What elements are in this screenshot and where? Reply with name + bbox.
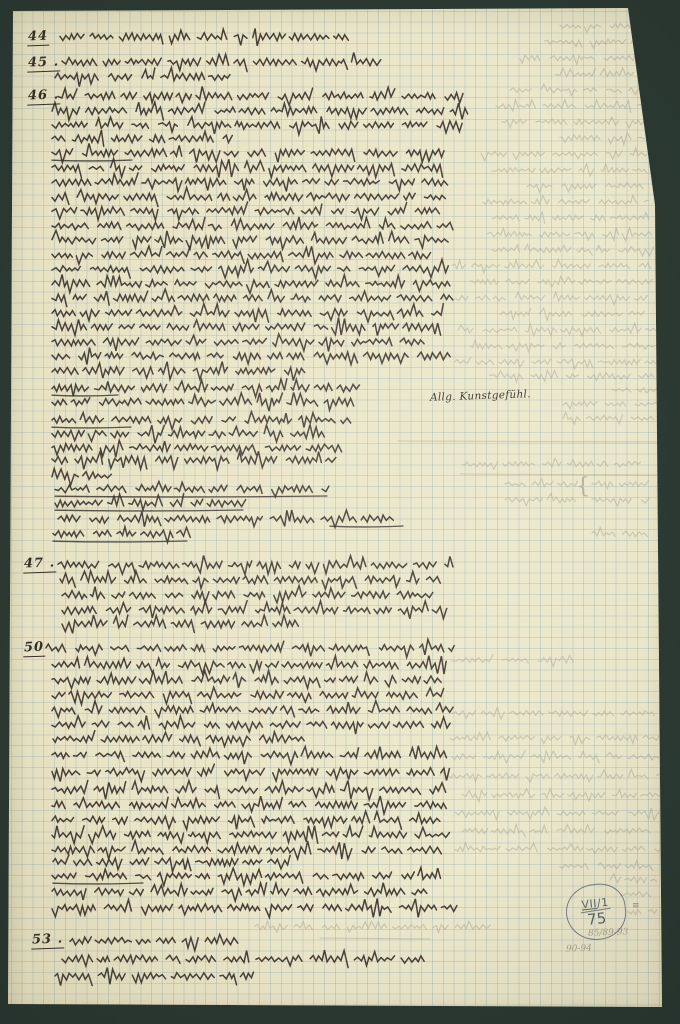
handwriting-stroke (452, 655, 574, 667)
entry-number: 46 . (27, 87, 61, 105)
handwriting-stroke (53, 541, 187, 542)
handwriting-stroke (563, 412, 654, 424)
handwriting-stroke (52, 246, 431, 264)
entry-number: 47 . (23, 555, 57, 573)
handwriting-stroke (500, 308, 644, 320)
handwriting-stroke (450, 732, 663, 745)
handwriting-stroke (520, 53, 641, 64)
handwriting-stroke (620, 892, 650, 897)
handwriting-layer (0, 0, 680, 1024)
handwriting-stroke (592, 481, 648, 489)
handwriting-stroke (52, 143, 444, 162)
handwriting-stroke (458, 323, 657, 336)
handwriting-stroke (52, 451, 336, 469)
handwriting-stroke (55, 482, 329, 497)
handwriting-stroke (52, 899, 457, 918)
handwriting-stroke (52, 289, 453, 307)
handwriting-stroke (470, 276, 652, 286)
handwriting-stroke (52, 160, 132, 161)
handwriting-stroke (62, 53, 381, 72)
handwriting-stroke (52, 275, 450, 294)
handwriting-stroke (52, 841, 441, 859)
handwriting-stroke (52, 427, 131, 428)
handwriting-stroke (492, 212, 649, 223)
handwriting-stroke (70, 934, 238, 950)
handwriting-stroke (52, 188, 445, 207)
handwriting-stroke (55, 968, 254, 986)
handwriting-stroke (320, 938, 430, 939)
handwriting-stroke (52, 868, 441, 886)
handwriting-stroke (52, 395, 118, 396)
handwriting-stroke (52, 883, 427, 901)
handwriting-stroke (53, 883, 143, 884)
handwriting-stroke (52, 217, 453, 230)
handwriting-stroke (330, 526, 403, 527)
handwriting-stroke (62, 950, 424, 968)
handwriting-stroke (52, 362, 305, 381)
handwriting-stroke (462, 825, 650, 837)
handwriting-stroke (455, 292, 647, 305)
handwriting-stroke (560, 860, 653, 870)
handwriting-stroke (52, 304, 443, 323)
handwriting-stroke (470, 340, 655, 351)
handwriting-stroke (610, 874, 657, 883)
handwriting-stroke (55, 68, 230, 87)
handwriting-stroke (52, 202, 439, 220)
document-page: 4445 .46 .47 .5053 . Allg. Kunstgefühl. … (0, 0, 680, 1024)
scan-background: 4445 .46 .47 .5053 . Allg. Kunstgefühl. … (0, 0, 680, 1024)
handwriting-stroke (52, 811, 440, 829)
handwriting-stroke (505, 479, 577, 487)
handwriting-stroke (592, 528, 648, 537)
handwriting-stroke (452, 260, 650, 273)
handwriting-stroke (58, 556, 453, 575)
entry-number: 53 . (31, 931, 65, 949)
handwriting-stroke (52, 687, 444, 704)
handwriting-stroke (440, 769, 660, 782)
handwriting-stroke (52, 796, 446, 814)
handwriting-stroke (52, 469, 111, 486)
handwriting-stroke (46, 639, 454, 657)
bleed-note-2: 90-94 (566, 944, 592, 955)
handwriting-stroke (510, 84, 644, 96)
handwriting-stroke (52, 117, 462, 135)
handwriting-stroke (52, 781, 446, 800)
handwriting-stroke (505, 493, 576, 505)
handwriting-stroke (60, 29, 348, 46)
handwriting-stroke (52, 231, 448, 250)
handwriting-stroke (52, 701, 453, 718)
handwriting-stroke (545, 37, 640, 48)
handwriting-stroke (52, 826, 450, 844)
handwriting-stroke (52, 318, 441, 336)
handwriting-stroke (52, 671, 441, 689)
handwriting-stroke (502, 117, 644, 128)
handwriting-stroke (556, 68, 634, 77)
handwriting-stroke (53, 527, 190, 543)
handwriting-stroke (53, 731, 304, 747)
handwriting-stroke (487, 228, 652, 241)
handwriting-stroke (612, 388, 657, 393)
handwriting-stroke (58, 87, 463, 106)
handwriting-stroke (52, 130, 232, 146)
handwriting-stroke (52, 348, 450, 365)
handwriting-stroke (52, 764, 449, 781)
handwriting-stroke (52, 412, 351, 430)
handwriting-stroke (527, 183, 643, 192)
handwriting-stroke (455, 807, 660, 820)
handwriting-stroke (462, 458, 641, 469)
handwriting-ink-layer (46, 29, 468, 986)
handwriting-stroke (53, 855, 290, 872)
handwriting-stroke (398, 441, 656, 442)
handwriting-stroke (496, 100, 643, 113)
handwriting-stroke (592, 498, 649, 506)
handwriting-stroke (55, 496, 327, 497)
entry-number: 45 . (27, 54, 61, 72)
handwriting-stroke (490, 370, 654, 382)
handwriting-stroke (560, 24, 633, 33)
handwriting-stroke (52, 440, 342, 457)
handwriting-stroke (452, 751, 662, 763)
handwriting-stroke (52, 259, 448, 278)
handwriting-stroke (58, 510, 393, 527)
bleed-brace-glyph: } (576, 474, 591, 499)
handwriting-stroke (452, 707, 654, 719)
handwriting-stroke (462, 789, 659, 802)
handwriting-stroke (52, 379, 359, 397)
handwriting-stroke (483, 195, 648, 204)
handwriting-stroke (62, 601, 447, 619)
handwriting-stroke (52, 334, 424, 352)
handwriting-stroke (560, 133, 645, 145)
handwriting-stroke (455, 843, 662, 854)
handwriting-stroke (492, 164, 647, 176)
handwriting-stroke (563, 401, 658, 408)
pencil-mark: ≡ (632, 901, 640, 911)
handwriting-stroke (60, 571, 440, 589)
handwriting-stroke (52, 716, 450, 735)
handwriting-stroke (481, 148, 648, 161)
handwriting-stroke (62, 615, 298, 634)
handwriting-stroke (455, 357, 656, 369)
handwriting-stroke (492, 245, 653, 257)
stamp-number: 75 (587, 911, 607, 927)
handwriting-stroke (460, 474, 656, 475)
handwriting-stroke (55, 510, 243, 511)
handwriting-stroke (52, 173, 448, 192)
entry-number: 44 (27, 29, 50, 47)
handwriting-stroke (255, 921, 491, 933)
handwriting-stroke (52, 102, 468, 120)
entry-number: 50 (23, 640, 46, 658)
handwriting-stroke (52, 746, 447, 765)
